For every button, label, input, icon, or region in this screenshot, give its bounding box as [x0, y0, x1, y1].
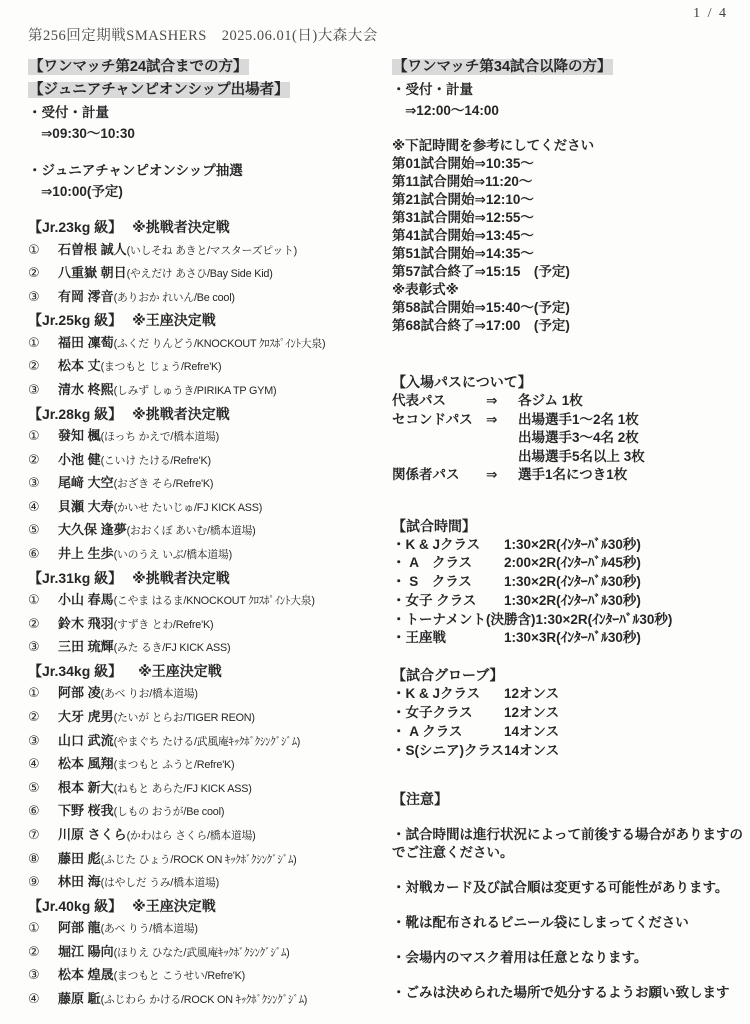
weight-class-heading-28kg: 【Jr.28kg 級】※挑戦者決定戦	[28, 403, 386, 426]
wc-note: ※挑戦者決定戦	[132, 570, 230, 586]
entry-number: ①	[28, 239, 45, 262]
wc-note: ※王座決定戦	[138, 663, 222, 679]
weight-class-heading-31kg: 【Jr.31kg 級】※挑戦者決定戦	[28, 567, 386, 590]
schedule-line: 第11試合開始⇒11:20～	[392, 173, 744, 191]
left-column: 【ワンマッチ第24試合までの方】 【ジュニアチャンピオンシップ出場者】 ・受付・…	[28, 56, 386, 1012]
fighter-detail: (こいけ たける/Refre'K)	[101, 455, 211, 467]
fighter-detail: (あべ りう/橋本道場)	[101, 923, 198, 935]
pass-label: セコンドパス	[392, 411, 486, 430]
fighter-name: 石曽根 誠人	[58, 242, 127, 257]
fighter-detail: (ふじわら かける/ROCK ON ｷｯｸﾎﾞｸｼﾝｸﾞｼﾞﾑ)	[101, 994, 308, 1006]
fighter-entry: ②堀江 陽向(ほりえ ひなた/武風庵ｷｯｸﾎﾞｸｼﾝｸﾞｼﾞﾑ)	[28, 941, 386, 965]
match-time-value: 1:30×2R(ｲﾝﾀｰﾊﾞﾙ30秒)	[504, 573, 641, 592]
fighter-entry: ①阿部 凌(あべ りお/橋本道場)	[28, 682, 386, 706]
fighter-entry: ④松本 風翔(まつもと ふうと/Refre'K)	[28, 753, 386, 777]
gloves-line: ・K & Jクラス12オンス	[392, 685, 744, 704]
pass-label: 関係者パス	[392, 466, 486, 485]
lottery-time: ⇒10:00(予定)	[28, 181, 386, 202]
entry-number: ②	[28, 449, 45, 472]
entry-number: ②	[28, 706, 45, 729]
fighter-detail: (おざき そら/Refre'K)	[114, 478, 214, 490]
weight-class-heading-23kg: 【Jr.23kg 級】※挑戦者決定戦	[28, 216, 386, 239]
fighter-name: 堀江 陽向	[58, 944, 114, 959]
fighter-entry: ②鈴木 飛羽(すずき とわ/Refre'K)	[28, 613, 386, 637]
fighter-entry: ②八重嶽 朝日(やえだけ あさひ/Bay Side Kid)	[28, 262, 386, 286]
wc-title: 【Jr.31kg 級】	[28, 570, 122, 586]
entry-number: ⑥	[28, 543, 45, 566]
fighter-entry: ⑥井上 生歩(いのうえ いぶ/橋本道場)	[28, 543, 386, 567]
match-time-value: 2:00×2R(ｲﾝﾀｰﾊﾞﾙ45秒)	[504, 554, 641, 573]
schedule-line: 第31試合開始⇒12:55～	[392, 209, 744, 227]
fighter-detail: (ふくだ りんどう/KNOCKOUT ｸﾛｽﾎﾟｲﾝﾄ大泉)	[114, 338, 326, 350]
fighter-detail: (あべ りお/橋本道場)	[101, 688, 198, 700]
schedule-line: 第57試合終了⇒15:15 (予定)	[392, 263, 744, 281]
fighter-name: 有岡 澪音	[58, 289, 114, 304]
weight-class-heading-25kg: 【Jr.25kg 級】※王座決定戦	[28, 309, 386, 332]
match-time-value: 1:30×2R(ｲﾝﾀｰﾊﾞﾙ30秒)	[535, 611, 672, 630]
pass-arrow	[486, 448, 518, 467]
wc-title: 【Jr.34kg 級】	[28, 663, 122, 679]
pass-heading: 【入場パスについて】	[392, 372, 744, 392]
match-time-line: ・ A クラス2:00×2R(ｲﾝﾀｰﾊﾞﾙ45秒)	[392, 554, 744, 573]
fighter-detail: (かいせ たいじゅ/FJ KICK ASS)	[114, 502, 263, 514]
schedule-line: 第21試合開始⇒12:10～	[392, 191, 744, 209]
entry-number: ④	[28, 496, 45, 519]
left-reception-label: ・受付・計量	[28, 102, 386, 123]
fighter-name: 藤田 彪	[58, 851, 101, 866]
wc-title: 【Jr.23kg 級】	[28, 219, 122, 235]
pass-row: 出場選手3～4名 2枚	[392, 429, 744, 448]
match-time-value: 1:30×3R(ｲﾝﾀｰﾊﾞﾙ30秒)	[504, 629, 641, 648]
fighter-detail: (まつもと じょう/Refre'K)	[101, 361, 222, 373]
entry-number: ⑧	[28, 848, 45, 871]
fighter-entry: ③尾﨑 大空(おざき そら/Refre'K)	[28, 472, 386, 496]
left-highlight-header-2: 【ジュニアチャンピオンシップ出場者】	[28, 79, 386, 101]
entry-number: ②	[28, 355, 45, 378]
gloves-class: ・女子クラス	[392, 704, 504, 723]
entry-number: ②	[28, 613, 45, 636]
pass-value: 出場選手1～2名 1枚	[518, 411, 639, 430]
left-highlight-header-1-text: 【ワンマッチ第24試合までの方】	[28, 59, 249, 75]
pass-row: 関係者パス⇒選手1名につき1枚	[392, 466, 744, 485]
fighter-entry: ③清水 柊熙(しみず しゅうき/PIRIKA TP GYM)	[28, 379, 386, 403]
fighter-detail: (ほりえ ひなた/武風庵ｷｯｸﾎﾞｸｼﾝｸﾞｼﾞﾑ)	[114, 947, 290, 959]
fighter-name: 發知 楓	[58, 428, 101, 443]
notice-item: ・試合時間は進行状況によって前後する場合がありますのでご注意ください。	[392, 826, 744, 862]
wc-title: 【Jr.40kg 級】	[28, 898, 122, 914]
fighter-detail: (ほっち かえで/橋本道場)	[101, 431, 219, 443]
gloves-value: 14オンス	[504, 742, 559, 761]
fighter-entry: ④藤原 駈(ふじわら かける/ROCK ON ｷｯｸﾎﾞｸｼﾝｸﾞｼﾞﾑ)	[28, 988, 386, 1012]
left-reception-time: ⇒09:30～10:30	[28, 123, 386, 144]
gloves-line: ・女子クラス12オンス	[392, 704, 744, 723]
fighter-entry: ①福田 凜萄(ふくだ りんどう/KNOCKOUT ｸﾛｽﾎﾟｲﾝﾄ大泉)	[28, 332, 386, 356]
pass-row: 出場選手5名以上 3枚	[392, 448, 744, 467]
pass-arrow: ⇒	[486, 392, 518, 411]
entry-number: ③	[28, 379, 45, 402]
entry-number: ⑨	[28, 871, 45, 894]
fighter-name: 井上 生歩	[58, 546, 114, 561]
fighter-name: 根本 新大	[58, 780, 114, 795]
entry-number: ⑥	[28, 800, 45, 823]
fighter-name: 鈴木 飛羽	[58, 616, 114, 631]
fighter-name: 川原 さくら	[58, 827, 127, 842]
gloves-class: ・ A クラス	[392, 723, 504, 742]
match-time-class: ・K & Jクラス	[392, 536, 504, 555]
schedule-intro: ※下記時間を参考にしてください	[392, 137, 744, 155]
entry-number: ③	[28, 286, 45, 309]
fighter-name: 貝瀬 大寿	[58, 499, 114, 514]
fighter-entry: ⑤根本 新大(ねもと あらた/FJ KICK ASS)	[28, 777, 386, 801]
schedule-line: 第01試合開始⇒10:35～	[392, 155, 744, 173]
fighter-entry: ②大牙 虎男(たいが とらお/TIGER REON)	[28, 706, 386, 730]
match-time-line: ・女子 クラス1:30×2R(ｲﾝﾀｰﾊﾞﾙ30秒)	[392, 592, 744, 611]
fighter-name: 松本 丈	[58, 358, 101, 373]
entry-number: ③	[28, 730, 45, 753]
wc-note: ※王座決定戦	[132, 312, 216, 328]
fighter-entry: ⑥下野 桜我(しもの おうが/Be cool)	[28, 800, 386, 824]
gloves-line: ・S(シニア)クラス14オンス	[392, 742, 744, 761]
schedule-line: ※表彰式※	[392, 281, 744, 299]
fighter-detail: (しもの おうが/Be cool)	[114, 806, 225, 818]
match-time-class: ・ A クラス	[392, 554, 504, 573]
fighter-detail: (いのうえ いぶ/橋本道場)	[114, 549, 232, 561]
fighter-name: 福田 凜萄	[58, 335, 114, 350]
gloves-value: 14オンス	[504, 723, 559, 742]
fighter-detail: (ふじた ひょう/ROCK ON ｷｯｸﾎﾞｸｼﾝｸﾞｼﾞﾑ)	[101, 854, 297, 866]
left-highlight-header-2-text: 【ジュニアチャンピオンシップ出場者】	[28, 82, 290, 98]
match-time-class: ・王座戦	[392, 629, 504, 648]
entry-number: ③	[28, 472, 45, 495]
gloves-value: 12オンス	[504, 704, 559, 723]
wc-note: ※挑戦者決定戦	[132, 406, 230, 422]
pass-value: 出場選手5名以上 3枚	[518, 448, 645, 467]
entry-number: ⑤	[28, 777, 45, 800]
fighter-detail: (まつもと ふうと/Refre'K)	[114, 759, 235, 771]
entry-number: ①	[28, 682, 45, 705]
doc-title: 第256回定期戦SMASHERS 2025.06.01(日)大森大会	[28, 24, 378, 45]
fighter-entry: ③三田 琉輝(みた るき/FJ KICK ASS)	[28, 636, 386, 660]
fighter-detail: (おおくぼ あいむ/橋本道場)	[127, 525, 256, 537]
fighter-name: 阿部 凌	[58, 685, 101, 700]
fighter-detail: (やえだけ あさひ/Bay Side Kid)	[127, 268, 273, 280]
fighter-name: 松本 煌晟	[58, 967, 114, 982]
pass-value: 選手1名につき1枚	[518, 466, 627, 485]
gloves-class: ・K & Jクラス	[392, 685, 504, 704]
fighter-name: 大牙 虎男	[58, 709, 114, 724]
entry-number: ④	[28, 753, 45, 776]
fighter-entry: ⑦川原 さくら(かわはら さくら/橋本道場)	[28, 824, 386, 848]
match-time-value: 1:30×2R(ｲﾝﾀｰﾊﾞﾙ30秒)	[504, 592, 641, 611]
fighter-name: 小池 健	[58, 452, 101, 467]
fighter-name: 山口 武流	[58, 733, 114, 748]
match-time-line: ・K & Jクラス1:30×2R(ｲﾝﾀｰﾊﾞﾙ30秒)	[392, 536, 744, 555]
fighter-entry: ⑨林田 海(はやしだ うみ/橋本道場)	[28, 871, 386, 895]
wc-note: ※挑戦者決定戦	[132, 219, 230, 235]
fighter-detail: (やまぐち たける/武風庵ｷｯｸﾎﾞｸｼﾝｸﾞｼﾞﾑ)	[114, 736, 301, 748]
weight-class-heading-34kg: 【Jr.34kg 級】※王座決定戦	[28, 660, 386, 683]
fighter-detail: (ねもと あらた/FJ KICK ASS)	[114, 783, 252, 795]
right-highlight-header: 【ワンマッチ第34試合以降の方】	[392, 56, 744, 78]
fighter-entry: ①小山 春馬(こやま はるま/KNOCKOUT ｸﾛｽﾎﾟｲﾝﾄ大泉)	[28, 589, 386, 613]
fighter-entry: ②小池 健(こいけ たける/Refre'K)	[28, 449, 386, 473]
right-highlight-header-text: 【ワンマッチ第34試合以降の方】	[392, 59, 613, 75]
schedule-line: 第41試合開始⇒13:45～	[392, 227, 744, 245]
right-column: 【ワンマッチ第34試合以降の方】 ・受付・計量 ⇒12:00～14:00 ※下記…	[392, 56, 744, 1002]
fighter-name: 松本 風翔	[58, 756, 114, 771]
entry-number: ④	[28, 988, 45, 1011]
entry-number: ①	[28, 917, 45, 940]
gloves-class: ・S(シニア)クラス	[392, 742, 504, 761]
pass-arrow	[486, 429, 518, 448]
match-time-class: ・トーナメント(決勝含)	[392, 611, 535, 630]
pass-arrow: ⇒	[486, 466, 518, 485]
entry-number: ②	[28, 262, 45, 285]
fighter-detail: (すずき とわ/Refre'K)	[114, 619, 214, 631]
right-reception-label: ・受付・計量	[392, 79, 744, 100]
schedule-line: 第51試合開始⇒14:35～	[392, 245, 744, 263]
fighter-detail: (はやしだ うみ/橋本道場)	[101, 877, 219, 889]
pass-value: 出場選手3～4名 2枚	[518, 429, 639, 448]
pass-label	[392, 429, 486, 448]
gloves-line: ・ A クラス14オンス	[392, 723, 744, 742]
match-time-heading: 【試合時間】	[392, 516, 744, 536]
entry-number: ③	[28, 636, 45, 659]
match-time-line: ・トーナメント(決勝含)1:30×2R(ｲﾝﾀｰﾊﾞﾙ30秒)	[392, 611, 744, 630]
pass-row: 代表パス⇒各ジム 1枚	[392, 392, 744, 411]
pass-label	[392, 448, 486, 467]
fighter-entry: ④貝瀬 大寿(かいせ たいじゅ/FJ KICK ASS)	[28, 496, 386, 520]
fighter-entry: ③松本 煌晟(まつもと こうせい/Refre'K)	[28, 964, 386, 988]
schedule-line: 第68試合終了⇒17:00 (予定)	[392, 317, 744, 335]
notice-item: ・会場内のマスク着用は任意となります。	[392, 949, 744, 967]
match-time-class: ・女子 クラス	[392, 592, 504, 611]
fighter-name: 藤原 駈	[58, 991, 101, 1006]
wc-note: ※王座決定戦	[132, 898, 216, 914]
page-number: 1 / 4	[693, 6, 728, 22]
wc-title: 【Jr.28kg 級】	[28, 406, 122, 422]
fighter-name: 下野 桜我	[58, 803, 114, 818]
entry-number: ①	[28, 332, 45, 355]
fighter-name: 八重嶽 朝日	[58, 265, 127, 280]
lottery-label: ・ジュニアチャンピオンシップ抽選	[28, 160, 386, 181]
fighter-detail: (まつもと こうせい/Refre'K)	[114, 970, 245, 982]
left-highlight-header-1: 【ワンマッチ第24試合までの方】	[28, 56, 386, 78]
fighter-entry: ③山口 武流(やまぐち たける/武風庵ｷｯｸﾎﾞｸｼﾝｸﾞｼﾞﾑ)	[28, 730, 386, 754]
fighter-name: 阿部 龍	[58, 920, 101, 935]
fighter-name: 清水 柊熙	[58, 382, 114, 397]
fighter-name: 小山 春馬	[58, 592, 114, 607]
fighter-entry: ⑧藤田 彪(ふじた ひょう/ROCK ON ｷｯｸﾎﾞｸｼﾝｸﾞｼﾞﾑ)	[28, 848, 386, 872]
entry-number: ①	[28, 425, 45, 448]
right-reception-time: ⇒12:00～14:00	[392, 100, 744, 121]
notice-item: ・ごみは決められた場所で処分するようお願い致します	[392, 984, 744, 1002]
entry-number: ⑦	[28, 824, 45, 847]
gloves-value: 12オンス	[504, 685, 559, 704]
fighter-entry: ①發知 楓(ほっち かえで/橋本道場)	[28, 425, 386, 449]
fighter-name: 大久保 逢夢	[58, 522, 127, 537]
entry-number: ⑤	[28, 519, 45, 542]
match-time-class: ・ S クラス	[392, 573, 504, 592]
fighter-entry: ①阿部 龍(あべ りう/橋本道場)	[28, 917, 386, 941]
entry-number: ③	[28, 964, 45, 987]
fighter-name: 林田 海	[58, 874, 101, 889]
fighter-detail: (たいが とらお/TIGER REON)	[114, 712, 255, 724]
fighter-name: 三田 琉輝	[58, 639, 114, 654]
fighter-name: 尾﨑 大空	[58, 475, 114, 490]
match-time-line: ・ S クラス1:30×2R(ｲﾝﾀｰﾊﾞﾙ30秒)	[392, 573, 744, 592]
fighter-detail: (かわはら さくら/橋本道場)	[127, 830, 256, 842]
pass-value: 各ジム 1枚	[518, 392, 583, 411]
weight-class-heading-40kg: 【Jr.40kg 級】※王座決定戦	[28, 895, 386, 918]
fighter-detail: (みた るき/FJ KICK ASS)	[114, 642, 231, 654]
match-time-value: 1:30×2R(ｲﾝﾀｰﾊﾞﾙ30秒)	[504, 536, 641, 555]
pass-label: 代表パス	[392, 392, 486, 411]
wc-title: 【Jr.25kg 級】	[28, 312, 122, 328]
fighter-detail: (しみず しゅうき/PIRIKA TP GYM)	[114, 385, 277, 397]
document-page: 1 / 4 第256回定期戦SMASHERS 2025.06.01(日)大森大会…	[0, 0, 750, 1024]
notice-item: ・靴は配布されるビニール袋にしまってください	[392, 914, 744, 932]
fighter-detail: (こやま はるま/KNOCKOUT ｸﾛｽﾎﾟｲﾝﾄ大泉)	[114, 595, 315, 607]
fighter-detail: (いしそね あきと/マスターズピット)	[127, 245, 297, 257]
entry-number: ①	[28, 589, 45, 612]
fighter-entry: ②松本 丈(まつもと じょう/Refre'K)	[28, 355, 386, 379]
match-time-line: ・王座戦1:30×3R(ｲﾝﾀｰﾊﾞﾙ30秒)	[392, 629, 744, 648]
fighter-entry: ⑤大久保 逢夢(おおくぼ あいむ/橋本道場)	[28, 519, 386, 543]
notice-item: ・対戦カード及び試合順は変更する可能性があります。	[392, 879, 744, 897]
gloves-heading: 【試合グローブ】	[392, 665, 744, 685]
pass-arrow: ⇒	[486, 411, 518, 430]
pass-row: セコンドパス⇒出場選手1～2名 1枚	[392, 411, 744, 430]
fighter-entry: ③有岡 澪音(ありおか れいん/Be cool)	[28, 286, 386, 310]
notice-heading: 【注意】	[392, 789, 744, 809]
schedule-line: 第58試合開始⇒15:40～(予定)	[392, 299, 744, 317]
fighter-detail: (ありおか れいん/Be cool)	[114, 292, 235, 304]
fighter-entry: ①石曽根 誠人(いしそね あきと/マスターズピット)	[28, 239, 386, 263]
entry-number: ②	[28, 941, 45, 964]
